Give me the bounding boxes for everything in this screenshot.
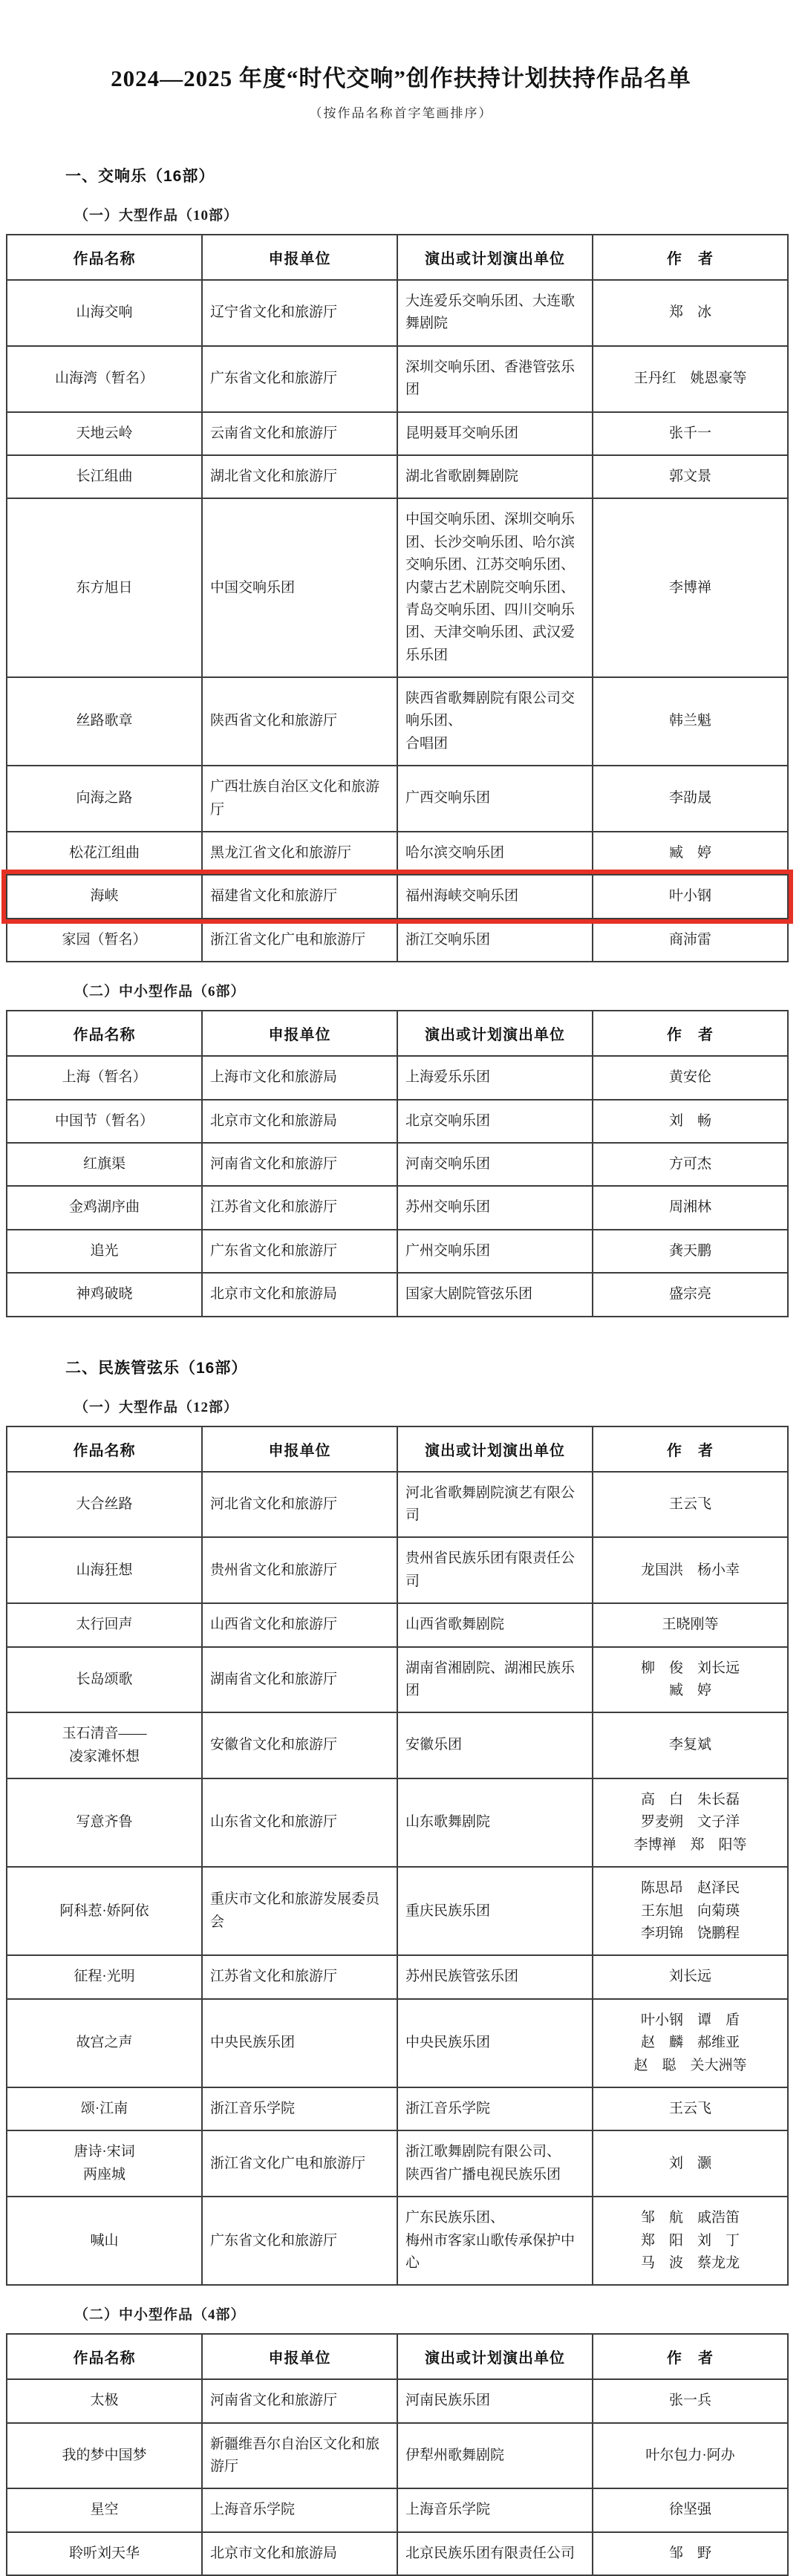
applicant-unit: 云南省文化和旅游厅 bbox=[202, 412, 397, 455]
performing-unit: 中国交响乐团、深圳交响乐团、长沙交响乐团、哈尔滨交响乐团、江苏交响乐团、内蒙古艺… bbox=[397, 498, 593, 677]
applicant-unit: 上海音乐学院 bbox=[202, 2488, 397, 2531]
performing-unit: 福州海峡交响乐团 bbox=[397, 875, 593, 918]
author: 商沛雷 bbox=[593, 919, 788, 962]
author: 郑 冰 bbox=[593, 280, 788, 346]
table-row: 星空上海音乐学院上海音乐学院徐坚强 bbox=[7, 2488, 788, 2531]
author: 王云飞 bbox=[593, 1472, 788, 1538]
performing-unit: 昆明聂耳交响乐团 bbox=[397, 412, 593, 455]
performing-unit: 湖南省湘剧院、湖湘民族乐团 bbox=[397, 1647, 593, 1713]
applicant-unit: 陕西省文化和旅游厅 bbox=[202, 677, 397, 766]
column-header: 作品名称 bbox=[7, 1426, 202, 1472]
table-row: 玉石清音—— 凌家滩怀想安徽省文化和旅游厅安徽乐团李复斌 bbox=[7, 1712, 788, 1778]
column-header: 作 者 bbox=[593, 235, 788, 280]
table-row: 中国节（暂名）北京市文化和旅游局北京交响乐团刘 畅 bbox=[7, 1100, 788, 1143]
works-table-folk-large: 作品名称申报单位演出或计划演出单位作 者大合丝路河北省文化和旅游厅河北省歌舞剧院… bbox=[6, 1426, 789, 2286]
applicant-unit: 中央民族乐团 bbox=[202, 1999, 397, 2087]
performing-unit: 上海音乐学院 bbox=[397, 2488, 593, 2531]
column-header: 申报单位 bbox=[202, 1426, 397, 1472]
header-row: 作品名称申报单位演出或计划演出单位作 者 bbox=[7, 1011, 788, 1056]
table-row: 丝路歌章陕西省文化和旅游厅陕西省歌舞剧院有限公司交响乐团、 合唱团韩兰魁 bbox=[7, 677, 788, 766]
column-header: 演出或计划演出单位 bbox=[397, 1426, 593, 1472]
header-row: 作品名称申报单位演出或计划演出单位作 者 bbox=[7, 1426, 788, 1472]
performing-unit: 广州交响乐团 bbox=[397, 1230, 593, 1273]
table-row: 松花江组曲黑龙江省文化和旅游厅哈尔滨交响乐团臧 婷 bbox=[7, 832, 788, 875]
author: 王云飞 bbox=[593, 2087, 788, 2130]
author: 柳 俊 刘长远 臧 婷 bbox=[593, 1647, 788, 1713]
performing-unit: 中央民族乐团 bbox=[397, 1999, 593, 2087]
performing-unit: 上海爱乐乐团 bbox=[397, 1056, 593, 1099]
table-row: 颂·江南浙江音乐学院浙江音乐学院王云飞 bbox=[7, 2087, 788, 2130]
works-table-symphony-small: 作品名称申报单位演出或计划演出单位作 者上海（暂名）上海市文化和旅游局上海爱乐乐… bbox=[6, 1010, 789, 1317]
author: 刘 灏 bbox=[593, 2130, 788, 2197]
applicant-unit: 广东省文化和旅游厅 bbox=[202, 1230, 397, 1273]
table-row: 唐诗·宋词 两座城浙江省文化广电和旅游厅浙江歌舞剧院有限公司、 陕西省广播电视民… bbox=[7, 2130, 788, 2197]
author: 方可杰 bbox=[593, 1143, 788, 1186]
applicant-unit: 湖北省文化和旅游厅 bbox=[202, 455, 397, 498]
work-title: 红旗渠 bbox=[7, 1143, 202, 1186]
table-row: 我的梦中国梦新疆维吾尔自治区文化和旅游厅伊犁州歌舞剧院叶尔包力·阿办 bbox=[7, 2423, 788, 2489]
author: 王晓刚等 bbox=[593, 1603, 788, 1646]
column-header: 演出或计划演出单位 bbox=[397, 1011, 593, 1056]
applicant-unit: 北京市文化和旅游局 bbox=[202, 1100, 397, 1143]
table-row: 山海湾（暂名）广东省文化和旅游厅深圳交响乐团、香港管弦乐团王丹红 姚恩豪等 bbox=[7, 346, 788, 412]
author: 周湘林 bbox=[593, 1186, 788, 1229]
work-title: 大合丝路 bbox=[7, 1472, 202, 1538]
work-title: 山海狂想 bbox=[7, 1537, 202, 1603]
performing-unit: 陕西省歌舞剧院有限公司交响乐团、 合唱团 bbox=[397, 677, 593, 766]
table-row: 写意齐鲁山东省文化和旅游厅山东歌舞剧院高 白 朱长磊 罗麦朔 文子洋 李博禅 郑… bbox=[7, 1778, 788, 1867]
author: 龚天鹏 bbox=[593, 1230, 788, 1273]
author: 高 白 朱长磊 罗麦朔 文子洋 李博禅 郑 阳等 bbox=[593, 1778, 788, 1867]
applicant-unit: 浙江省文化广电和旅游厅 bbox=[202, 919, 397, 962]
table-row: 长岛颂歌湖南省文化和旅游厅湖南省湘剧院、湖湘民族乐团柳 俊 刘长远 臧 婷 bbox=[7, 1647, 788, 1713]
applicant-unit: 新疆维吾尔自治区文化和旅游厅 bbox=[202, 2423, 397, 2489]
performing-unit: 山西省歌舞剧院 bbox=[397, 1603, 593, 1646]
performing-unit: 北京民族乐团有限责任公司 bbox=[397, 2532, 593, 2575]
author: 臧 婷 bbox=[593, 832, 788, 875]
work-title: 玉石清音—— 凌家滩怀想 bbox=[7, 1712, 202, 1778]
table-row: 山海交响辽宁省文化和旅游厅大连爱乐交响乐团、大连歌舞剧院郑 冰 bbox=[7, 280, 788, 346]
column-header: 作 者 bbox=[593, 1426, 788, 1472]
table-row: 大合丝路河北省文化和旅游厅河北省歌舞剧院演艺有限公司王云飞 bbox=[7, 1472, 788, 1538]
performing-unit: 深圳交响乐团、香港管弦乐团 bbox=[397, 346, 593, 412]
page-title: 2024—2025 年度“时代交响”创作扶持计划扶持作品名单 bbox=[7, 59, 795, 93]
work-title: 喊山 bbox=[7, 2197, 202, 2285]
author: 盛宗亮 bbox=[593, 1273, 788, 1316]
applicant-unit: 山东省文化和旅游厅 bbox=[202, 1778, 397, 1867]
section-heading-symphony: 一、交响乐（16部） bbox=[65, 164, 802, 186]
work-title: 长岛颂歌 bbox=[7, 1647, 202, 1713]
performing-unit: 湖北省歌剧舞剧院 bbox=[397, 455, 593, 498]
column-header: 申报单位 bbox=[202, 2334, 397, 2379]
applicant-unit: 浙江音乐学院 bbox=[202, 2087, 397, 2130]
work-title: 颂·江南 bbox=[7, 2087, 202, 2130]
work-title: 唐诗·宋词 两座城 bbox=[7, 2130, 202, 2197]
applicant-unit: 上海市文化和旅游局 bbox=[202, 1056, 397, 1099]
work-title: 上海（暂名） bbox=[7, 1056, 202, 1099]
applicant-unit: 黑龙江省文化和旅游厅 bbox=[202, 832, 397, 875]
work-title: 我的梦中国梦 bbox=[7, 2423, 202, 2489]
table-row: 聆听刘天华北京市文化和旅游局北京民族乐团有限责任公司邹 野 bbox=[7, 2532, 788, 2575]
work-title: 天地云岭 bbox=[7, 412, 202, 455]
work-title: 写意齐鲁 bbox=[7, 1778, 202, 1867]
applicant-unit: 广东省文化和旅游厅 bbox=[202, 346, 397, 412]
subsection-heading-folk-small: （二）中小型作品（4部） bbox=[74, 2303, 802, 2324]
performing-unit: 浙江歌舞剧院有限公司、 陕西省广播电视民族乐团 bbox=[397, 2130, 593, 2197]
work-title: 阿科惹·娇阿依 bbox=[7, 1867, 202, 1955]
table-row: 神鸡破晓北京市文化和旅游局国家大剧院管弦乐团盛宗亮 bbox=[7, 1273, 788, 1316]
applicant-unit: 河南省文化和旅游厅 bbox=[202, 1143, 397, 1186]
author: 张千一 bbox=[593, 412, 788, 455]
applicant-unit: 重庆市文化和旅游发展委员会 bbox=[202, 1867, 397, 1955]
performing-unit: 浙江交响乐团 bbox=[397, 919, 593, 962]
applicant-unit: 贵州省文化和旅游厅 bbox=[202, 1537, 397, 1603]
applicant-unit: 广东省文化和旅游厅 bbox=[202, 2197, 397, 2285]
table-row: 太极河南省文化和旅游厅河南民族乐团张一兵 bbox=[7, 2379, 788, 2422]
work-title: 东方旭日 bbox=[7, 498, 202, 677]
table-row: 故宫之声中央民族乐团中央民族乐团叶小钢 谭 盾 赵 麟 郝维亚 赵 聪 关大洲等 bbox=[7, 1999, 788, 2087]
author: 李博禅 bbox=[593, 498, 788, 677]
performing-unit: 山东歌舞剧院 bbox=[397, 1778, 593, 1867]
applicant-unit: 福建省文化和旅游厅 bbox=[202, 875, 397, 918]
page-subtitle: （按作品名称首字笔画排序） bbox=[0, 102, 802, 121]
author: 叶小钢 bbox=[593, 875, 788, 918]
author: 郭文景 bbox=[593, 455, 788, 498]
table-row: 长江组曲湖北省文化和旅游厅湖北省歌剧舞剧院郭文景 bbox=[7, 455, 788, 498]
author: 张一兵 bbox=[593, 2379, 788, 2422]
table-row: 上海（暂名）上海市文化和旅游局上海爱乐乐团黄安伦 bbox=[7, 1056, 788, 1099]
author: 李复斌 bbox=[593, 1712, 788, 1778]
performing-unit: 大连爱乐交响乐团、大连歌舞剧院 bbox=[397, 280, 593, 346]
author: 邹 野 bbox=[593, 2532, 788, 2575]
highlighted-row: 海峡福建省文化和旅游厅福州海峡交响乐团叶小钢 bbox=[7, 875, 788, 918]
works-table-symphony-large: 作品名称申报单位演出或计划演出单位作 者山海交响辽宁省文化和旅游厅大连爱乐交响乐… bbox=[6, 234, 789, 962]
performing-unit: 伊犁州歌舞剧院 bbox=[397, 2423, 593, 2489]
table-row: 喊山广东省文化和旅游厅广东民族乐团、 梅州市客家山歌传承保护中心邹 航 戚浩笛 … bbox=[7, 2197, 788, 2285]
column-header: 作品名称 bbox=[7, 235, 202, 280]
section-heading-folk-orchestra: 二、民族管弦乐（16部） bbox=[65, 1356, 802, 1378]
column-header: 申报单位 bbox=[202, 1011, 397, 1056]
performing-unit: 哈尔滨交响乐团 bbox=[397, 832, 593, 875]
work-title: 家园（暂名） bbox=[7, 919, 202, 962]
work-title: 神鸡破晓 bbox=[7, 1273, 202, 1316]
column-header: 作品名称 bbox=[7, 1011, 202, 1056]
performing-unit: 苏州交响乐团 bbox=[397, 1186, 593, 1229]
author: 刘长远 bbox=[593, 1955, 788, 1998]
applicant-unit: 山西省文化和旅游厅 bbox=[202, 1603, 397, 1646]
work-title: 星空 bbox=[7, 2488, 202, 2531]
document-page: 2024—2025 年度“时代交响”创作扶持计划扶持作品名单 （按作品名称首字笔… bbox=[0, 0, 802, 2576]
applicant-unit: 湖南省文化和旅游厅 bbox=[202, 1647, 397, 1713]
applicant-unit: 浙江省文化广电和旅游厅 bbox=[202, 2130, 397, 2197]
performing-unit: 重庆民族乐团 bbox=[397, 1867, 593, 1955]
performing-unit: 河南民族乐团 bbox=[397, 2379, 593, 2422]
work-title: 征程·光明 bbox=[7, 1955, 202, 1998]
table-row: 金鸡湖序曲江苏省文化和旅游厅苏州交响乐团周湘林 bbox=[7, 1186, 788, 1229]
performing-unit: 北京交响乐团 bbox=[397, 1100, 593, 1143]
applicant-unit: 广西壮族自治区文化和旅游厅 bbox=[202, 766, 397, 832]
author: 黄安伦 bbox=[593, 1056, 788, 1099]
author: 韩兰魁 bbox=[593, 677, 788, 766]
work-title: 长江组曲 bbox=[7, 455, 202, 498]
work-title: 太行回声 bbox=[7, 1603, 202, 1646]
table-row: 红旗渠河南省文化和旅游厅河南交响乐团方可杰 bbox=[7, 1143, 788, 1186]
subsection-heading-symphony-small: （二）中小型作品（6部） bbox=[74, 980, 802, 1000]
performing-unit: 贵州省民族乐团有限责任公司 bbox=[397, 1537, 593, 1603]
column-header: 作品名称 bbox=[7, 2334, 202, 2379]
header-row: 作品名称申报单位演出或计划演出单位作 者 bbox=[7, 2334, 788, 2379]
table-row: 太行回声山西省文化和旅游厅山西省歌舞剧院王晓刚等 bbox=[7, 1603, 788, 1646]
column-header: 申报单位 bbox=[202, 235, 397, 280]
applicant-unit: 河南省文化和旅游厅 bbox=[202, 2379, 397, 2422]
table-row: 山海狂想贵州省文化和旅游厅贵州省民族乐团有限责任公司龙国洪 杨小幸 bbox=[7, 1537, 788, 1603]
work-title: 向海之路 bbox=[7, 766, 202, 832]
work-title: 山海交响 bbox=[7, 280, 202, 346]
author: 邹 航 戚浩笛 郑 阳 刘 丁 马 波 蔡龙龙 bbox=[593, 2197, 788, 2285]
table-row: 阿科惹·娇阿依重庆市文化和旅游发展委员会重庆民族乐团陈思昂 赵泽民 王东旭 向菊… bbox=[7, 1867, 788, 1955]
applicant-unit: 河北省文化和旅游厅 bbox=[202, 1472, 397, 1538]
works-table-folk-small: 作品名称申报单位演出或计划演出单位作 者太极河南省文化和旅游厅河南民族乐团张一兵… bbox=[6, 2333, 789, 2576]
author: 徐坚强 bbox=[593, 2488, 788, 2531]
applicant-unit: 辽宁省文化和旅游厅 bbox=[202, 280, 397, 346]
author: 李劭晟 bbox=[593, 766, 788, 832]
applicant-unit: 江苏省文化和旅游厅 bbox=[202, 1186, 397, 1229]
applicant-unit: 安徽省文化和旅游厅 bbox=[202, 1712, 397, 1778]
applicant-unit: 北京市文化和旅游局 bbox=[202, 2532, 397, 2575]
work-title: 中国节（暂名） bbox=[7, 1100, 202, 1143]
author: 刘 畅 bbox=[593, 1100, 788, 1143]
applicant-unit: 江苏省文化和旅游厅 bbox=[202, 1955, 397, 1998]
column-header: 作 者 bbox=[593, 1011, 788, 1056]
performing-unit: 广东民族乐团、 梅州市客家山歌传承保护中心 bbox=[397, 2197, 593, 2285]
performing-unit: 浙江音乐学院 bbox=[397, 2087, 593, 2130]
applicant-unit: 中国交响乐团 bbox=[202, 498, 397, 677]
author: 陈思昂 赵泽民 王东旭 向菊瑛 李玥锦 饶鹏程 bbox=[593, 1867, 788, 1955]
work-title: 丝路歌章 bbox=[7, 677, 202, 766]
work-title: 聆听刘天华 bbox=[7, 2532, 202, 2575]
subsection-heading-folk-large: （一）大型作品（12部） bbox=[74, 1396, 802, 1416]
work-title: 松花江组曲 bbox=[7, 832, 202, 875]
performing-unit: 国家大剧院管弦乐团 bbox=[397, 1273, 593, 1316]
table-row: 追光广东省文化和旅游厅广州交响乐团龚天鹏 bbox=[7, 1230, 788, 1273]
work-title: 海峡 bbox=[7, 875, 202, 918]
table-row: 天地云岭云南省文化和旅游厅昆明聂耳交响乐团张千一 bbox=[7, 412, 788, 455]
column-header: 演出或计划演出单位 bbox=[397, 2334, 593, 2379]
table-row: 东方旭日中国交响乐团中国交响乐团、深圳交响乐团、长沙交响乐团、哈尔滨交响乐团、江… bbox=[7, 498, 788, 677]
author: 叶尔包力·阿办 bbox=[593, 2423, 788, 2489]
column-header: 作 者 bbox=[593, 2334, 788, 2379]
applicant-unit: 北京市文化和旅游局 bbox=[202, 1273, 397, 1316]
subsection-heading-symphony-large: （一）大型作品（10部） bbox=[74, 204, 802, 224]
performing-unit: 苏州民族管弦乐团 bbox=[397, 1955, 593, 1998]
column-header: 演出或计划演出单位 bbox=[397, 235, 593, 280]
author: 龙国洪 杨小幸 bbox=[593, 1537, 788, 1603]
work-title: 太极 bbox=[7, 2379, 202, 2422]
performing-unit: 广西交响乐团 bbox=[397, 766, 593, 832]
table-row: 家园（暂名）浙江省文化广电和旅游厅浙江交响乐团商沛雷 bbox=[7, 919, 788, 962]
author: 王丹红 姚恩豪等 bbox=[593, 346, 788, 412]
work-title: 金鸡湖序曲 bbox=[7, 1186, 202, 1229]
table-row: 征程·光明江苏省文化和旅游厅苏州民族管弦乐团刘长远 bbox=[7, 1955, 788, 1998]
work-title: 故宫之声 bbox=[7, 1999, 202, 2087]
performing-unit: 河北省歌舞剧院演艺有限公司 bbox=[397, 1472, 593, 1538]
author: 叶小钢 谭 盾 赵 麟 郝维亚 赵 聪 关大洲等 bbox=[593, 1999, 788, 2087]
header-row: 作品名称申报单位演出或计划演出单位作 者 bbox=[7, 235, 788, 280]
work-title: 追光 bbox=[7, 1230, 202, 1273]
performing-unit: 河南交响乐团 bbox=[397, 1143, 593, 1186]
work-title: 山海湾（暂名） bbox=[7, 346, 202, 412]
table-row: 向海之路广西壮族自治区文化和旅游厅广西交响乐团李劭晟 bbox=[7, 766, 788, 832]
performing-unit: 安徽乐团 bbox=[397, 1712, 593, 1778]
